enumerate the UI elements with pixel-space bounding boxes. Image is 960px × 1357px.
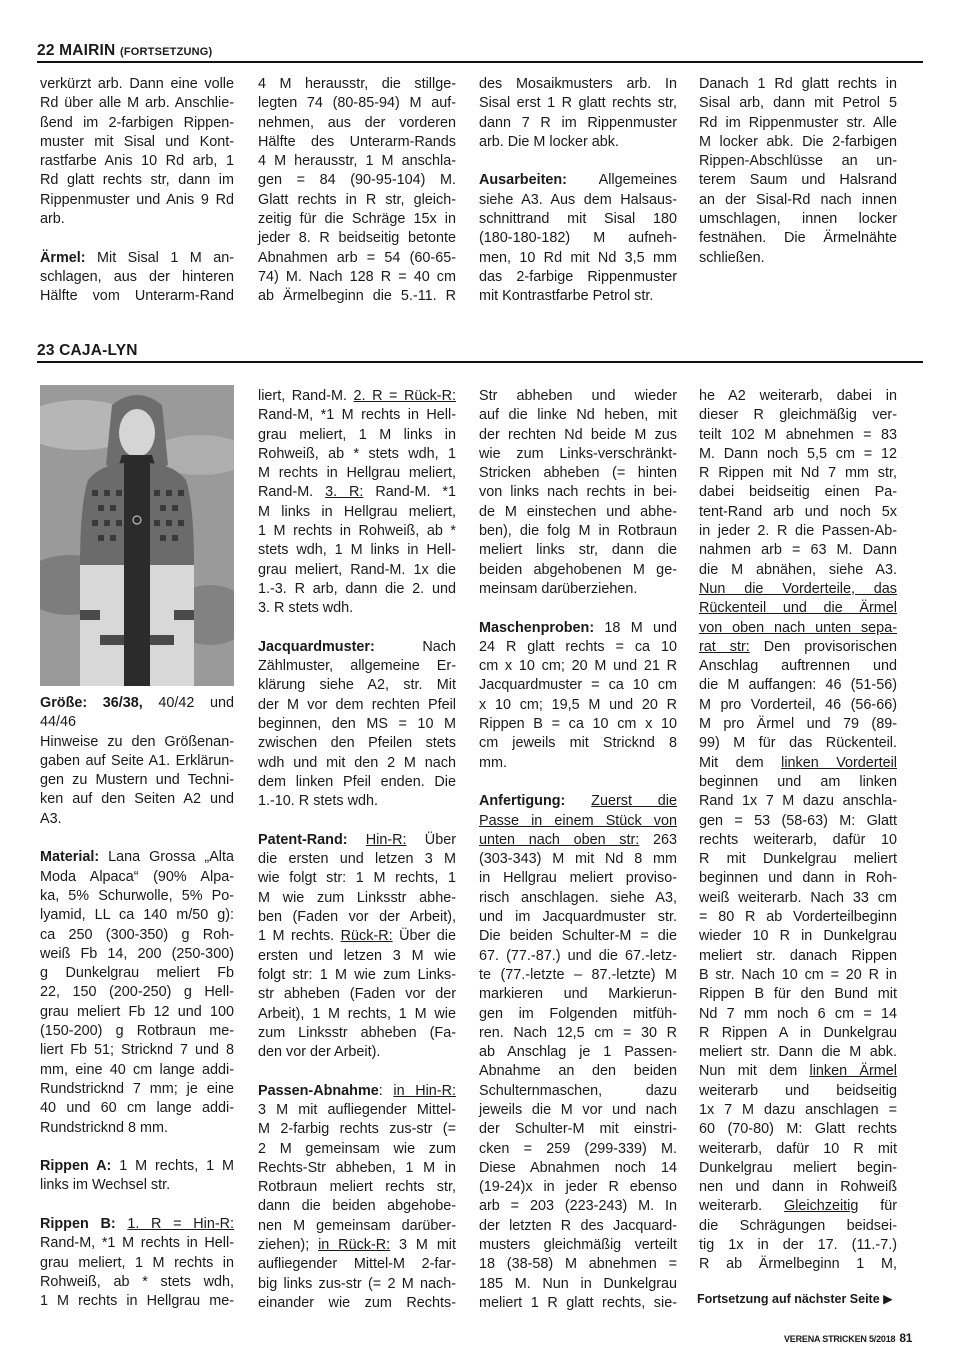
paragraph-gap — [479, 152, 677, 171]
text-line: Rand 1x 7 M dazu anschla- — [699, 792, 897, 811]
bold-label: Material: — [40, 849, 99, 865]
paragraph-gap — [479, 599, 677, 618]
text-line: an der Sisal-Rd nach innen — [699, 191, 897, 210]
text-line: stets wdh, 1 M links in Hell- — [258, 541, 456, 560]
text-line: Hinweise zu den Größenan- — [40, 733, 234, 752]
page-footer: VERENA STRICKEN 5/201881 — [784, 1331, 912, 1345]
underlined-text: 2. R = Rück-R: — [354, 388, 456, 404]
text-line: dem linken Pfeil enden. Die — [258, 773, 456, 792]
underlined-text: in Hin-R: — [393, 1083, 456, 1099]
text-line: der Schulter-M mit einstri- — [479, 1120, 677, 1139]
text-line: Rohweiß, ab * stets wdh, 1 — [258, 445, 456, 464]
text-line: Rippen B = ca 10 cm x 10 — [479, 715, 677, 734]
text-line: 4 M herausstr, die stillge- — [258, 75, 456, 94]
text-line: 185 M. Nun in Dunkelgrau — [479, 1275, 677, 1294]
text-line: Rundstricknd 8 mm. — [40, 1119, 234, 1138]
underlined-text: rat str: — [699, 639, 750, 655]
text-line: des Mosaikmusters arb. In — [479, 75, 677, 94]
text-line: 74) M. Nach 128 R = 40 cm — [258, 268, 456, 287]
text-line: Stricken abheben (= hinten — [479, 464, 677, 483]
text-line: umschlagen, innen locker — [699, 210, 897, 229]
text-line: ersten und letzen 3 M wie — [258, 947, 456, 966]
section-title: 23 CAJA-LYN — [37, 342, 138, 360]
magazine-issue: VERENA STRICKEN 5/2018 — [784, 1334, 895, 1344]
underlined-text: Passe in einem Stück von — [479, 813, 677, 829]
text-line: weiß weiterarb. Nach 33 cm — [699, 889, 897, 908]
text-line: von links nach rechts in bei- — [479, 483, 677, 502]
text-line: 60 (70-80) M: Glatt rechts — [699, 1120, 897, 1139]
text-line: 40 und 60 cm lange addi- — [40, 1099, 234, 1118]
bold-label: Rippen A: — [40, 1158, 111, 1174]
paragraph-gap — [479, 773, 677, 792]
text-line: Rand-M. 3. R: Rand-M. *1 — [258, 483, 456, 502]
underlined-text: linken Ärmel — [810, 1063, 898, 1079]
text-line: (150-200) g Rotbraun me- — [40, 1022, 234, 1041]
text-line: musters gleichmäßig verteilt — [479, 1236, 677, 1255]
text-line: Glatt rechts in R str, gleich- — [258, 191, 456, 210]
underlined-text: linken Vorderteil — [781, 755, 897, 771]
text-line: in jeder 2. R die Passen-Ab- — [699, 522, 897, 541]
text-line: beginnen, den MS = 10 M — [258, 715, 456, 734]
text-line: 22, 150 (200-250) g Hell- — [40, 983, 234, 1002]
cardigan-photo-illustration — [40, 385, 234, 686]
text-line: 67. (77.-87.) und die 67.-letz- — [479, 947, 677, 966]
text-line: markieren und Markierun- — [479, 985, 677, 1004]
continue-note: Fortsetzung auf nächster Seite ▶ — [697, 1291, 893, 1306]
text-line: Rippen B für den Bund mit — [699, 985, 897, 1004]
text-line: dabei beidseitig einen Pa- — [699, 483, 897, 502]
bold-label: Größe: 36/38, — [40, 695, 143, 711]
bold-label: Ausarbeiten: — [479, 172, 567, 188]
text-line: liert Fb 51; Stricknd 7 und 8 — [40, 1041, 234, 1060]
text-line: Patent-Rand: Hin-R: Über — [258, 831, 456, 850]
text-line: ab Anschlag je 1 Passen- — [479, 1043, 677, 1062]
paragraph-gap — [40, 1138, 234, 1157]
text-line: gen = 84 (90-95-104) M. — [258, 171, 456, 190]
text-line: nen M gemeinsam darüber- — [258, 1217, 456, 1236]
text-line: gen im Folgenden mitfüh- — [479, 1005, 677, 1024]
text-line: gaben auf Seite A1. Erklärun- — [40, 752, 234, 771]
text-line: zum Linksstr abheben (Fa- — [258, 1024, 456, 1043]
text-line: M. Dann noch 5,5 cm = 12 — [699, 445, 897, 464]
text-line: Rohweiß, ab * stets wdh, — [40, 1273, 234, 1292]
text-line: teilt 102 M abnehmen = 83 — [699, 426, 897, 445]
text-line: Größe: 36/38, 40/42 und — [40, 694, 234, 713]
text-line: meliert str. Dann die M abk. — [699, 1043, 897, 1062]
text-line: einander wie zum Rechts- — [258, 1294, 456, 1313]
text-line: = 80 R ab Vorderteilbeginn — [699, 908, 897, 927]
text-line: dann 7 R im Rippenmuster — [479, 114, 677, 133]
text-line: links im Wechsel str. — [40, 1176, 234, 1195]
text-line: wie zum Links-verschränkt- — [479, 445, 677, 464]
text-line: 44/46 — [40, 713, 234, 732]
text-line: Zählmuster, allgemeine Er- — [258, 657, 456, 676]
text-line: ka, 5% Schurwolle, 5% Po- — [40, 887, 234, 906]
text-line: tent-Rand arb und noch 5x — [699, 503, 897, 522]
text-line: cken = 259 (299-339) M. — [479, 1140, 677, 1159]
bold-label: Passen-Abnahme — [258, 1083, 379, 1099]
text-line: wieder 10 R in Dunkelgrau — [699, 927, 897, 946]
text-line: der M vor dem rechten Pfeil — [258, 696, 456, 715]
text-line: 18 (38-58) M abnehmen = — [479, 1255, 677, 1274]
text-line: klärung siehe A2, str. Mit — [258, 676, 456, 695]
text-line: aufliegender Mittel-M 2-far- — [258, 1255, 456, 1274]
text-line: verkürzt arb. Dann eine volle — [40, 75, 234, 94]
text-line: tig 1x in der 17. (11.-7.) — [699, 1236, 897, 1255]
text-line: arb. — [40, 210, 234, 229]
text-line: legten 74 (80-85-94) M auf- — [258, 94, 456, 113]
text-line: Rückenteil und die Ärmel — [699, 599, 897, 618]
text-line: jeweils die M vor und nach — [479, 1101, 677, 1120]
text-line: arb = 203 (223-243) M. In — [479, 1197, 677, 1216]
section-header-23: 23 CAJA-LYN — [37, 341, 923, 363]
text-line: 1x 7 M dazu anschlagen = — [699, 1101, 897, 1120]
text-line: 3 M mit aufliegender Mittel- — [258, 1101, 456, 1120]
text-line: gen zu Mustern und Techni- — [40, 771, 234, 790]
text-line: zwischen den Pfeilen stets — [258, 734, 456, 753]
text-line: (303-343) M mit Nd 8 mm — [479, 850, 677, 869]
text-line: Rand-M, *1 M rechts in Hell- — [258, 406, 456, 425]
text-line: Danach 1 Rd glatt rechts in — [699, 75, 897, 94]
text-line: Hälfte des Unterarm-Rands — [258, 133, 456, 152]
text-line: Hälfte vom Unterarm-Rand — [40, 287, 234, 306]
text-line: Rd im Rippenmuster str. Alle — [699, 114, 897, 133]
text-line: grau meliert, 1 M rechts in — [40, 1254, 234, 1273]
continue-label: Fortsetzung auf nächster Seite — [697, 1292, 880, 1306]
paragraph-gap — [40, 229, 234, 248]
text-line: (19-24)x in jeder R ebenso — [479, 1178, 677, 1197]
text-line: Rundstricknd 7 mm; je eine — [40, 1080, 234, 1099]
text-line: folgt str: 1 M wie zum Links- — [258, 966, 456, 985]
text-line: das 2-farbige Rippenmuster — [479, 268, 677, 287]
text-line: Passen-Abnahme: in Hin-R: — [258, 1082, 456, 1101]
text-line: grau meliert, 1 M links in — [258, 426, 456, 445]
text-line: die M auffangen: 46 (51-56) — [699, 676, 897, 695]
text-line: mm, eine 40 cm lange addi- — [40, 1061, 234, 1080]
underlined-text: Hin-R: — [366, 832, 407, 848]
text-line: M wie zum Linksstr abhe- — [258, 889, 456, 908]
text-line: Rippen B: 1. R = Hin-R: — [40, 1215, 234, 1234]
text-line: weiß Fb 14, 200 (250-300) — [40, 945, 234, 964]
text-line: Sisal arb, dann mit Petrol 5 — [699, 94, 897, 113]
paragraph-gap — [40, 1196, 234, 1215]
section22-column-2: 4 M herausstr, die stillge-legten 74 (80… — [258, 75, 456, 307]
underlined-text: Rück-R: — [341, 928, 393, 944]
text-line: Sisal erst 1 R glatt rechts str, — [479, 94, 677, 113]
text-line: dieser R gleichmäßig ver- — [699, 406, 897, 425]
text-line: schnittrand mit Sisal 180 — [479, 210, 677, 229]
text-line: 1.-10. R stets wdh. — [258, 792, 456, 811]
text-line: 24 R glatt rechts = ca 10 — [479, 638, 677, 657]
text-line: Nun mit dem linken Ärmel — [699, 1062, 897, 1081]
text-line: Rand-M, *1 M rechts in Hell- — [40, 1234, 234, 1253]
text-line: g Dunkelgrau meliert Fb — [40, 964, 234, 983]
text-line: wie folgt str: 1 M rechts, 1 — [258, 869, 456, 888]
text-line: 1 M rechts in Rohweiß, ab * — [258, 522, 456, 541]
text-line: cm x 10 cm; 20 M und 21 R — [479, 657, 677, 676]
text-line: M pro Ärmel und 79 (89- — [699, 715, 897, 734]
text-line: auf die linke Nd heben, mit — [479, 406, 677, 425]
underlined-text: Rückenteil und die Ärmel — [699, 600, 897, 616]
text-line: liert, Rand-M. 2. R = Rück-R: — [258, 387, 456, 406]
text-line: he A2 weiterarb, dabei in — [699, 387, 897, 406]
text-line: str abheben (Faden vor der — [258, 985, 456, 1004]
text-line: (180-180-182) M aufneh- — [479, 229, 677, 248]
text-line: der rechten Nd beide M zus — [479, 426, 677, 445]
text-line: Rippenmuster und Anis 9 Rd — [40, 191, 234, 210]
section-title: 22 MAIRIN — [37, 42, 115, 59]
underlined-text: Nun die Vorderteile, das — [699, 581, 897, 597]
bold-label: Anfertigung: — [479, 793, 565, 809]
section23-column-2: liert, Rand-M. 2. R = Rück-R:Rand-M, *1 … — [258, 387, 456, 1313]
text-line: ziehen); in Rück-R: 3 M mit — [258, 1236, 456, 1255]
underlined-text: in Rück-R: — [318, 1237, 390, 1253]
text-line: M pro Vorderteil, 46 (56-66) — [699, 696, 897, 715]
model-photo — [40, 385, 234, 686]
text-line: Diese Abnahmen noch 14 — [479, 1159, 677, 1178]
text-line: Die beiden Schulter-M = die — [479, 927, 677, 946]
text-line: die ersten und letzen 3 M — [258, 850, 456, 869]
text-line: Jacquardmuster: Nach — [258, 638, 456, 657]
bold-label: Jacquardmuster: — [258, 639, 375, 655]
text-line: schließen. — [699, 249, 897, 268]
text-line: M locker abk. Die 2-farbigen — [699, 133, 897, 152]
text-line: Arbeit), 1 M rechts, 1 M wie — [258, 1005, 456, 1024]
text-line: B str. Nach 10 cm = 20 R in — [699, 966, 897, 985]
text-line: Jacquardmuster = ca 10 cm — [479, 676, 677, 695]
underlined-text: Gleichzeitig — [784, 1198, 858, 1214]
section23-column-4: he A2 weiterarb, dabei indieser R gleich… — [699, 387, 897, 1275]
text-line: rechts weiterarb, dafür 10 — [699, 831, 897, 850]
underlined-text: 1. R = Hin-R: — [127, 1216, 234, 1232]
text-line: muster mit Sisal und Kont- — [40, 133, 234, 152]
text-line: cm jeweils mit Stricknd 8 — [479, 734, 677, 753]
text-line: Dunkelgrau meliert begin- — [699, 1159, 897, 1178]
bold-label: Rippen B: — [40, 1216, 116, 1232]
text-line: von oben nach unten sepa- — [699, 619, 897, 638]
text-line: lyamid, LL ca 140 m/50 g): — [40, 906, 234, 925]
text-line: Rechts-Str abheben, 1 M in — [258, 1159, 456, 1178]
section22-column-1: verkürzt arb. Dann eine volleRd über all… — [40, 75, 234, 307]
text-line: Abnahme an den beiden — [479, 1062, 677, 1081]
text-line: Anschlag auftrennen und — [699, 657, 897, 676]
text-line: Anfertigung: Zuerst die — [479, 792, 677, 811]
text-line: Moda Alpaca“ (90% Alpa- — [40, 868, 234, 887]
text-line: R Rippen mit Nd 7 mm str, — [699, 464, 897, 483]
text-line: 3. R stets wdh. — [258, 599, 456, 618]
text-line: beginnen und am linken — [699, 773, 897, 792]
text-line: arb. Die M locker abk. — [479, 133, 677, 152]
text-line: ken auf den Seiten A2 und — [40, 790, 234, 809]
section-subtitle: (FORTSETZUNG) — [120, 46, 212, 58]
paragraph-gap — [40, 829, 234, 848]
page-number: 81 — [899, 1331, 912, 1345]
text-line: weiterarb und beidseitig — [699, 1082, 897, 1101]
text-line: 1 M rechts. Rück-R: Über die — [258, 927, 456, 946]
text-line: den vor der Arbeit). — [258, 1043, 456, 1062]
text-line: Ausarbeiten: Allgemeines — [479, 171, 677, 190]
text-line: weiterarb, dafür 10 R mit — [699, 1140, 897, 1159]
text-line: und im Jacquardmuster str. — [479, 908, 677, 927]
text-line: in Hellgrau meliert proviso- — [479, 869, 677, 888]
text-line: mm. — [479, 754, 677, 773]
text-line: festnähen. Die Ärmelnähte — [699, 229, 897, 248]
underlined-text: unten nach oben str: — [479, 832, 639, 848]
text-line: grau meliert Fb 12 und 100 — [40, 1003, 234, 1022]
bold-label: Ärmel: — [40, 250, 86, 266]
section22-column-4: Danach 1 Rd glatt rechts inSisal arb, da… — [699, 75, 897, 268]
text-line: wdh und mit den 2 M nach — [258, 754, 456, 773]
text-line: 1 M rechts in Hellgrau me- — [40, 1292, 234, 1311]
text-line: Maschenproben: 18 M und — [479, 619, 677, 638]
text-line: rat str: Den provisorischen — [699, 638, 897, 657]
bold-label: Patent-Rand: — [258, 832, 348, 848]
text-line: zeitig für die Schräge 15x in — [258, 210, 456, 229]
text-line: ab Ärmelbeginn die 5.-11. R — [258, 287, 456, 306]
text-line: M links in Hellgrau meliert, — [258, 503, 456, 522]
text-line: meinsam darüberziehen. — [479, 580, 677, 599]
text-line: 1.-3. R arb, dann die 2. und — [258, 580, 456, 599]
text-line: x 10 cm; 19,5 M und 20 R — [479, 696, 677, 715]
text-line: Nun die Vorderteile, das — [699, 580, 897, 599]
text-line: Rippen-Abschlüsse an un- — [699, 152, 897, 171]
text-line: Mit dem linken Vorderteil — [699, 754, 897, 773]
paragraph-gap — [258, 1062, 456, 1081]
text-line: M 2-farbig rechts zus-str (= — [258, 1120, 456, 1139]
text-line: Abnahmen arb = 54 (60-65- — [258, 249, 456, 268]
text-line: Rotbraun meliert rechts str, — [258, 1178, 456, 1197]
text-line: Schulternmaschen, dazu — [479, 1082, 677, 1101]
text-line: R ab Ärmelbeginn 1 M, — [699, 1255, 897, 1274]
text-line: 99) M für das Rückenteil. — [699, 734, 897, 753]
text-line: ßend im 2-farbigen Rippen- — [40, 114, 234, 133]
section23-column-1: Größe: 36/38, 40/42 und44/46Hinweise zu … — [40, 694, 234, 1312]
text-line: meliert str. danach Rippen — [699, 947, 897, 966]
text-line: jeder 8. R beidseitig betonte — [258, 229, 456, 248]
play-arrow-icon: ▶ — [883, 1292, 893, 1306]
bold-label: Maschenproben: — [479, 620, 594, 636]
text-line: die M abnähen, siehe A3. — [699, 561, 897, 580]
text-line: nen und dann in Rohweiß — [699, 1178, 897, 1197]
text-line: Nd 7 mm noch 6 cm = 14 — [699, 1005, 897, 1024]
underlined-text: von oben nach unten sepa- — [699, 620, 897, 636]
text-line: beginnen und dann in Roh- — [699, 869, 897, 888]
text-line: A3. — [40, 810, 234, 829]
underlined-text: 3. R: — [325, 484, 363, 500]
paragraph-gap — [258, 619, 456, 638]
text-line: schlagen, aus der hinteren — [40, 268, 234, 287]
text-line: Material: Lana Grossa „Alta — [40, 848, 234, 867]
text-line: die Schrägungen beidsei- — [699, 1217, 897, 1236]
text-line: ben (Faden vor der Arbeit), — [258, 908, 456, 927]
text-line: siehe A3. Aus dem Halsaus- — [479, 191, 677, 210]
text-line: big links zus-str (= 2 M nach- — [258, 1275, 456, 1294]
text-line: terem Saum und Halsrand — [699, 171, 897, 190]
text-line: meliert links str, dann die — [479, 541, 677, 560]
text-line: weiterarb. Gleichzeitig für — [699, 1197, 897, 1216]
text-line: R mit Dunkelgrau meliert — [699, 850, 897, 869]
text-line: risch anschlagen. siehe A3, — [479, 889, 677, 908]
underlined-text: Zuerst die — [591, 793, 677, 809]
section23-column-3: Str abheben und wiederauf die linke Nd h… — [479, 387, 677, 1313]
section22-column-3: des Mosaikmusters arb. InSisal erst 1 R … — [479, 75, 677, 307]
text-line: Passe in einem Stück von — [479, 812, 677, 831]
text-line: 2 M gemeinsam wie zum — [258, 1140, 456, 1159]
paragraph-gap — [258, 812, 456, 831]
text-line: Rippen A: 1 M rechts, 1 M — [40, 1157, 234, 1176]
text-line: 4 M herausstr, 1 M anschla- — [258, 152, 456, 171]
text-line: Rd glatt rechts str, dann im — [40, 171, 234, 190]
text-line: R Rippen A in Dunkelgrau — [699, 1024, 897, 1043]
text-line: Rd über alle M arb. Anschlie- — [40, 94, 234, 113]
text-line: men, 10 Rd mit Nd 3,5 mm — [479, 249, 677, 268]
text-line: de M einstechen und abhe- — [479, 503, 677, 522]
text-line: ben), die folg M in Rotbraun — [479, 522, 677, 541]
text-line: Str abheben und wieder — [479, 387, 677, 406]
text-line: te (77.-letzte – 87.-letzte) M — [479, 966, 677, 985]
text-line: gen = 53 (58-63) M: Glatt — [699, 812, 897, 831]
text-line: dann die beiden abgehobe- — [258, 1197, 456, 1216]
text-line: meliert 1 R glatt rechts, sie- — [479, 1294, 677, 1313]
text-line: mit Kontrastfarbe Petrol str. — [479, 287, 677, 306]
text-line: beiden abgehobenen M ge- — [479, 561, 677, 580]
text-line: der letzten R des Jacquard- — [479, 1217, 677, 1236]
text-line: M rechts in Hellgrau meliert, — [258, 464, 456, 483]
text-line: ren. Nach 12,5 cm = 30 R — [479, 1024, 677, 1043]
text-line: unten nach oben str: 263 — [479, 831, 677, 850]
section-header-22: 22 MAIRIN (FORTSETZUNG) — [37, 41, 923, 63]
text-line: nahmen arb = 63 M. Dann — [699, 541, 897, 560]
text-line: rastfarbe Anis 10 Rd arb, 1 — [40, 152, 234, 171]
text-line: ca 250 (300-350) g Roh- — [40, 926, 234, 945]
text-line: Ärmel: Mit Sisal 1 M an- — [40, 249, 234, 268]
text-line: grau meliert, Rand-M. 1x die — [258, 561, 456, 580]
text-line: nehmen, aus der vorderen — [258, 114, 456, 133]
